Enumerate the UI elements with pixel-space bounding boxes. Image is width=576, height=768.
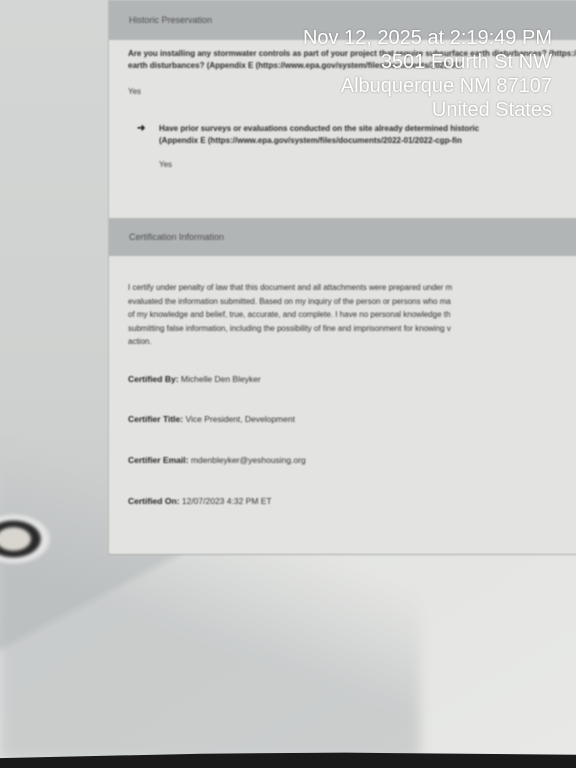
statement-line: of my knowledge and belief, true, accura…	[128, 308, 576, 322]
certified-on-field: Certified On: 12/07/2023 4:32 PM ET	[128, 496, 272, 506]
address-line: Albuquerque NM 87107	[303, 74, 552, 98]
country: United States	[303, 98, 552, 122]
address-line: 3501 Fourth St NW	[303, 50, 552, 74]
field-value: Michelle Den Bleyker	[181, 374, 261, 384]
photo-timestamp-overlay: Nov 12, 2025 at 2:19:49 PM 3501 Fourth S…	[303, 26, 552, 122]
question-line: Have prior surveys or evaluations conduc…	[159, 123, 479, 135]
certifier-email-field: Certifier Email: mdenbleyker@yeshousing.…	[128, 455, 306, 465]
certified-by-field: Certified By: Michelle Den Bleyker	[128, 374, 261, 384]
statement-line: action.	[128, 335, 576, 349]
field-value: 12/07/2023 4:32 PM ET	[182, 496, 272, 506]
certifier-title-field: Certifier Title: Vice President, Develop…	[128, 414, 295, 424]
field-label: Certifier Title:	[128, 414, 183, 424]
answer-prior-surveys: Yes	[159, 160, 172, 169]
section-header-certification: Certification Information	[109, 218, 576, 256]
field-label: Certified On:	[128, 496, 179, 506]
field-value: mdenbleyker@yeshousing.org	[191, 455, 306, 465]
statement-line: evaluated the information submitted. Bas…	[128, 295, 576, 309]
question-prior-surveys: Have prior surveys or evaluations conduc…	[159, 123, 479, 147]
question-line: (Appendix E (https://www.epa.gov/system/…	[159, 135, 479, 147]
answer-stormwater-controls: Yes	[128, 87, 141, 96]
field-label: Certifier Email:	[128, 455, 188, 465]
field-value: Vice President, Development	[185, 414, 294, 424]
statement-line: submitting false information, including …	[128, 322, 576, 336]
timestamp: Nov 12, 2025 at 2:19:49 PM	[303, 26, 552, 50]
section-title: Historic Preservation	[129, 15, 212, 25]
section-title: Certification Information	[129, 232, 224, 242]
field-label: Certified By:	[128, 374, 179, 384]
arrow-right-icon: ➜	[137, 123, 145, 134]
statement-line: I certify under penalty of law that this…	[128, 281, 576, 295]
certification-statement: I certify under penalty of law that this…	[128, 281, 576, 349]
